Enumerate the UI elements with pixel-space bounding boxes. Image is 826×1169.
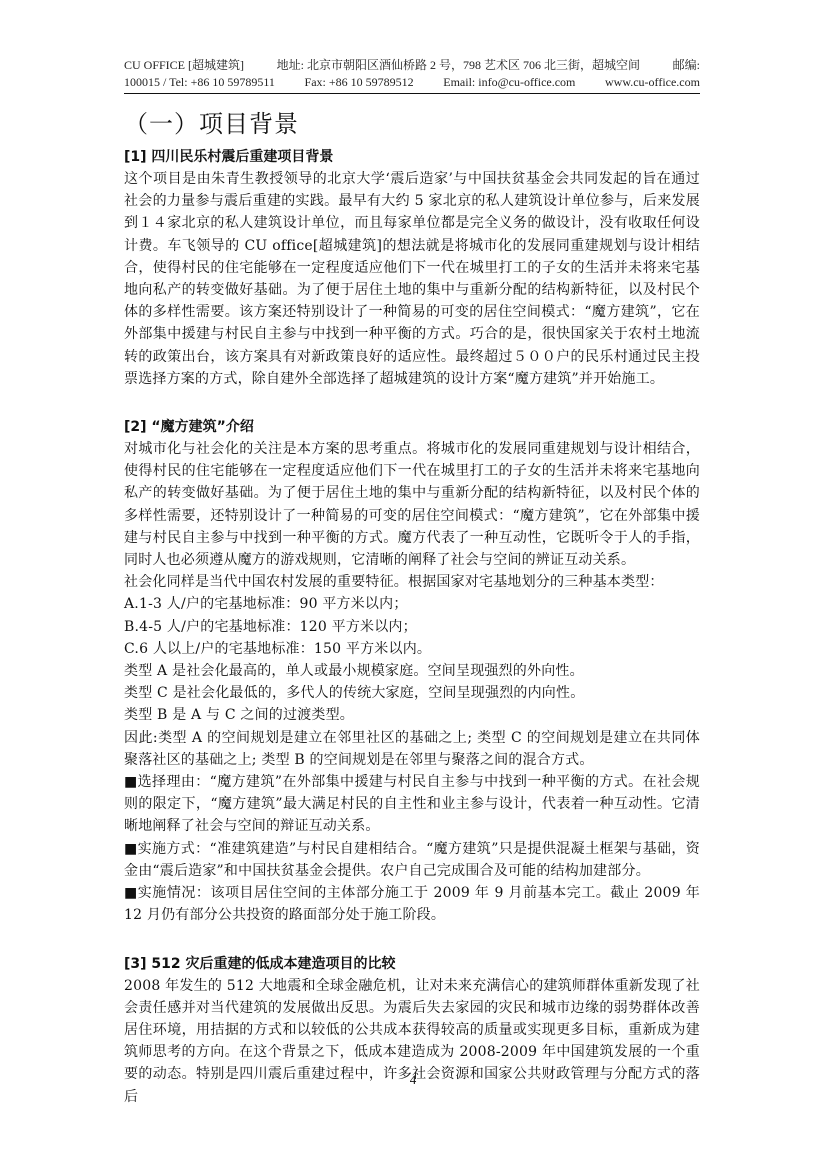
section-heading: [1] 四川民乐村震后重建项目背景 (124, 146, 700, 168)
bullet-implementation-status: ■实施情况：该项目居住空间的主体部分施工于 2009 年 9 月前基本完工。截止… (124, 882, 700, 926)
list-item-type-b: B.4-5 人/户的宅基地标准：120 平方米以内； (124, 616, 700, 638)
paragraph: 类型 C 是社会化最低的，多代人的传统大家庭，空间呈现强烈的内向性。 (124, 682, 700, 704)
section-heading: [2] “魔方建筑”介绍 (124, 416, 700, 438)
section-1: [1] 四川民乐村震后重建项目背景 这个项目是由朱青生教授领导的北京大学‘震后造… (124, 146, 700, 390)
fax: Fax: +86 10 59789512 (305, 74, 414, 91)
paragraph: 社会化同样是当代中国农村发展的重要特征。根据国家对宅基地划分的三种基本类型： (124, 571, 700, 593)
paragraph: 对城市化与社会化的关注是本方案的思考重点。将城市化的发展同重建规划与设计相结合，… (124, 438, 700, 571)
paragraph: 因此:类型 A 的空间规划是建立在邻里社区的基础之上; 类型 C 的空间规划是建… (124, 727, 700, 771)
page-header: CU OFFICE [超城建筑] 地址: 北京市朝阳区酒仙桥路 2 号，798 … (124, 57, 700, 94)
bullet-selection-reason: ■选择理由：“魔方建筑”在外部集中援建与村民自主参与中找到一种平衡的方式。在社会… (124, 771, 700, 838)
company-name: CU OFFICE [超城建筑] (124, 57, 244, 74)
section-2: [2] “魔方建筑”介绍 对城市化与社会化的关注是本方案的思考重点。将城市化的发… (124, 416, 700, 926)
page-title: （一）项目背景 (124, 106, 700, 142)
paragraph: 这个项目是由朱青生教授领导的北京大学‘震后造家’与中国扶贫基金会共同发起的旨在通… (124, 168, 700, 390)
header-line-1: CU OFFICE [超城建筑] 地址: 北京市朝阳区酒仙桥路 2 号，798 … (124, 57, 700, 74)
paragraph: 类型 B 是 A 与 C 之间的过渡类型。 (124, 704, 700, 726)
postcode-label: 邮编: (673, 57, 700, 74)
document-body: （一）项目背景 [1] 四川民乐村震后重建项目背景 这个项目是由朱青生教授领导的… (124, 106, 700, 1108)
section-heading: [3] 512 灾后重建的低成本建造项目的比较 (124, 953, 700, 975)
bullet-implementation-method: ■实施方式：“准建筑建造”与村民自建相结合。“魔方建筑”只是提供混凝土框架与基础… (124, 838, 700, 882)
email: Email: info@cu-office.com (443, 74, 575, 91)
paragraph: 类型 A 是社会化最高的，单人或最小规模家庭。空间呈现强烈的外向性。 (124, 660, 700, 682)
company-address: 地址: 北京市朝阳区酒仙桥路 2 号，798 艺术区 706 北三街，超城空间 (277, 57, 640, 74)
list-item-type-c: C.6 人以上/户的宅基地标准：150 平方米以内。 (124, 638, 700, 660)
spacer (124, 390, 700, 412)
list-item-type-a: A.1-3 人/户的宅基地标准：90 平方米以内； (124, 593, 700, 615)
postcode-tel: 100015 / Tel: +86 10 59789511 (124, 74, 275, 91)
website: www.cu-office.com (605, 74, 700, 91)
page-number: 4 (0, 1072, 826, 1088)
header-line-2: 100015 / Tel: +86 10 59789511 Fax: +86 1… (124, 74, 700, 91)
spacer (124, 927, 700, 949)
